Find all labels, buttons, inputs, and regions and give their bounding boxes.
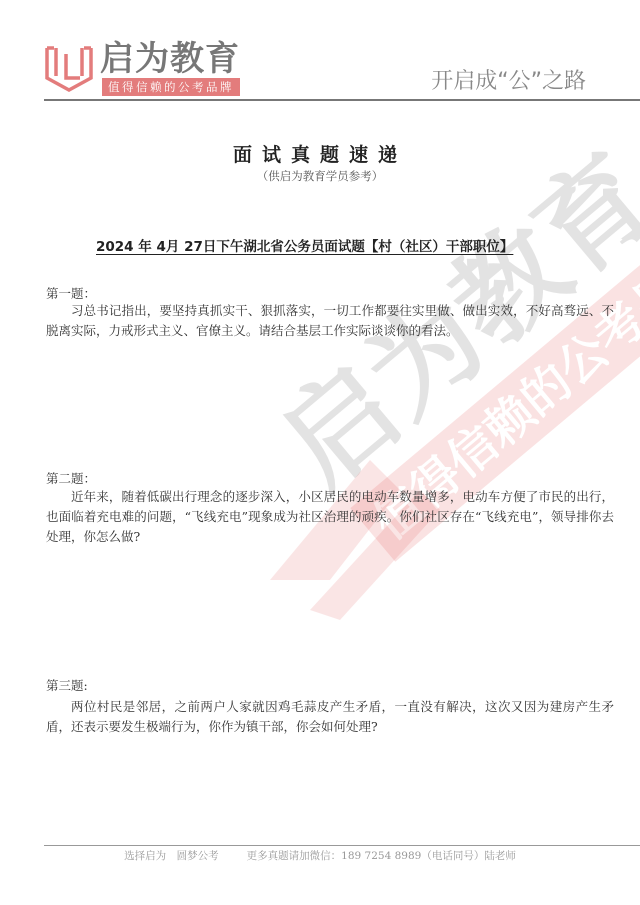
exam-title: 2024 年 4月 27日下午湖北省公务员面试题【村（社区）干部职位】 <box>96 235 513 255</box>
question-3-text: 两位村民是邻居，之前两户人家就因鸡毛蒜皮产生矛盾，一直没有解决，这次又因为建房产… <box>46 697 614 737</box>
brand-name: 启为教育 <box>100 40 240 78</box>
footer-contact: 更多真题请加微信：189 7254 8989（电话同号）陆老师 <box>247 850 516 862</box>
question-2-label: 第二题： <box>46 469 96 487</box>
question-1-label: 第一题： <box>46 284 96 302</box>
header-slogan: 开启成“公”之路 <box>431 68 586 96</box>
header-divider <box>44 99 640 101</box>
footer-slogan: 选择启为 圆梦公考 <box>124 850 219 862</box>
document-title: 面试真题速递 <box>0 140 640 167</box>
question-3-label: 第三题: <box>46 676 88 694</box>
footer-divider <box>44 845 640 846</box>
brand-tagline: 值得信赖的公考品牌 <box>102 78 240 96</box>
document-subtitle: （供启为教育学员参考） <box>0 168 640 184</box>
page-footer: 选择启为 圆梦公考更多真题请加微信：189 7254 8989（电话同号）陆老师 <box>0 848 640 863</box>
logo-icon <box>44 44 94 94</box>
page-header: 启为教育 值得信赖的公考品牌 开启成“公”之路 <box>0 0 640 105</box>
question-2-text: 近年来，随着低碳出行理念的逐步深入，小区居民的电动车数量增多，电动车方便了市民的… <box>46 487 614 547</box>
question-1-text: 习总书记指出，要坚持真抓实干、狠抓落实，一切工作都要往实里做、做出实效，不好高骛… <box>46 301 614 341</box>
brand-watermark: 启为教育 值得信赖的公考品牌 <box>250 150 640 630</box>
